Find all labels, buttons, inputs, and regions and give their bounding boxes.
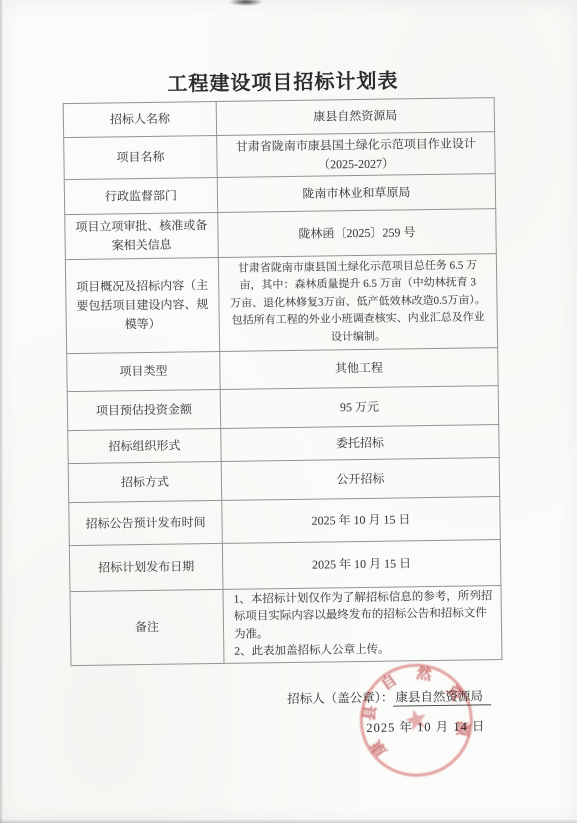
scan-tilt-layer: 工程建设项目招标计划表 招标人名称 康县自然资源局 项目名称 甘肃省陇南市康县国…: [0, 0, 577, 823]
table-row-estimated-investment: 项目预估投资金额 95 万元: [67, 386, 499, 431]
table-row-approval-info: 项目立项审批、核准或备案相关信息 陇林函〔2025〕259 号: [65, 209, 497, 260]
table-row-project-type: 项目类型 其他工程: [67, 348, 498, 392]
table-row-plan-publish-date: 招标计划发布日期 2025 年 10 月 15 日: [69, 540, 501, 592]
row-value-cell: 公开招标: [221, 458, 500, 501]
row-value-cell: 委托招标: [221, 425, 499, 462]
bid-plan-table: 招标人名称 康县自然资源局 项目名称 甘肃省陇南市康县国土绿化示范项目作业设计 …: [63, 97, 503, 666]
row-value-cell: 2025 年 10 月 15 日: [222, 540, 501, 590]
row-label-cell: 项目类型: [67, 352, 221, 392]
row-value-cell: 陇林函〔2025〕259 号: [218, 209, 497, 258]
row-label-cell: 项目预估投资金额: [67, 390, 221, 431]
row-label-cell: 招标公告预计发布时间: [69, 501, 223, 546]
row-label-cell: 招标人名称: [63, 101, 216, 137]
scanned-document-page: 工程建设项目招标计划表 招标人名称 康县自然资源局 项目名称 甘肃省陇南市康县国…: [0, 0, 577, 823]
row-label-cell: 项目立项审批、核准或备案相关信息: [65, 213, 219, 260]
row-label-cell: 招标方式: [68, 462, 222, 503]
seal-star-icon: [403, 707, 428, 732]
row-label-cell: 备注: [70, 590, 224, 666]
row-value-cell: 其他工程: [220, 348, 499, 390]
official-seal-stamp: 康县自然资源局: [345, 649, 487, 791]
row-label-cell: 项目名称: [64, 135, 218, 179]
scan-edge-bottom: [0, 819, 577, 823]
table-row-supervisory-dept: 行政监督部门 陇南市林业和草原局: [64, 174, 495, 215]
row-label-cell: 项目概况及招标内容（主要包括项目建设内容、规模等）: [65, 258, 219, 354]
table-row-project-name: 项目名称 甘肃省陇南市康县国土绿化示范项目作业设计 （2025-2027）: [64, 132, 496, 180]
row-label-cell: 行政监督部门: [64, 178, 217, 215]
row-value-cell: 康县自然资源局: [216, 98, 494, 136]
row-value-cell: 陇南市林业和草原局: [217, 174, 495, 213]
table-row-project-overview: 项目概况及招标内容（主要包括项目建设内容、规模等） 甘肃省陇南市康县国土绿化示范…: [65, 254, 497, 354]
row-value-cell: 甘肃省陇南市康县国土绿化示范项目作业设计 （2025-2027）: [217, 132, 496, 178]
row-value-cell: 2025 年 10 月 15 日: [222, 497, 501, 544]
table-row-bid-method: 招标方式 公开招标: [68, 458, 500, 503]
scan-edge-left: [0, 0, 3, 823]
row-label-cell: 招标组织形式: [68, 429, 221, 464]
row-value-cell: 甘肃省陇南市康县国土绿化示范项目总任务 6.5 万 亩，其中：森林质量提升 6.…: [218, 254, 497, 352]
table-row-announcement-date: 招标公告预计发布时间 2025 年 10 月 15 日: [69, 497, 501, 546]
document-title: 工程建设项目招标计划表: [67, 63, 498, 98]
row-value-cell: 95 万元: [220, 386, 499, 429]
row-label-cell: 招标计划发布日期: [69, 544, 223, 592]
